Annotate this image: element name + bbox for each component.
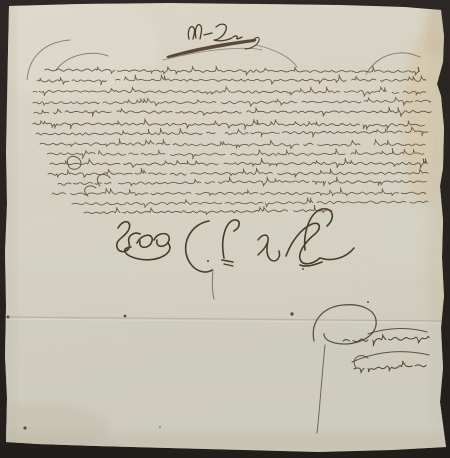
ink-speck xyxy=(290,312,293,315)
ink-speck xyxy=(367,301,369,303)
ink-speck xyxy=(302,268,304,270)
ink-speck xyxy=(7,316,10,319)
manuscript-scan xyxy=(0,0,450,458)
ink-speck xyxy=(207,260,209,262)
photograph-background xyxy=(0,0,450,458)
ink-speck xyxy=(124,315,127,318)
ink-speck xyxy=(23,426,26,429)
ink-speck xyxy=(159,426,161,428)
